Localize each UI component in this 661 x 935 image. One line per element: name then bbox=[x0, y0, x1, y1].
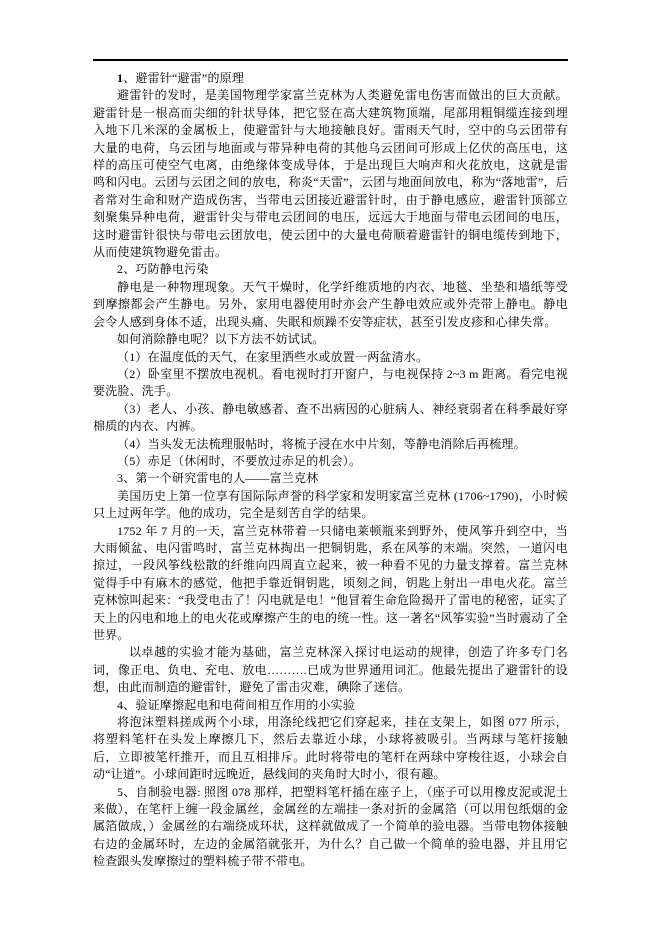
header-rule bbox=[93, 59, 568, 61]
paragraph: 避雷针的发时，是美国物理学家富兰克林为人类避免雷电伤害而做出的巨大贡献。避雷针是… bbox=[93, 87, 568, 261]
paragraph: 将泡沫塑料搓成两个小球，用涤纶线把它们穿起来，挂在支架上，如图 077 所示，将… bbox=[93, 714, 568, 784]
paragraph: 1752 年 7 月的一天，富兰克林带着一只储电莱顿瓶来到野外，使风筝升到空中，… bbox=[93, 523, 568, 645]
paragraph: 以卓越的实验才能为基础，富兰克林深入探讨电运动的规律，创造了许多专门名词，像正电… bbox=[93, 644, 568, 696]
paragraph: （4）当头发无法梳理服帖时，将梳子浸在水中片刻，等静电消除后再梳理。 bbox=[93, 436, 568, 453]
heading-text: 、避雷针“避雷”的原理 bbox=[123, 71, 244, 85]
section-heading: 3、第一个研究雷电的人——富兰克林 bbox=[93, 470, 568, 487]
paragraph: 5、自制验电器: 照图 078 那样，把塑料笔杆插在座子上，（座子可以用橡皮泥或… bbox=[93, 784, 568, 871]
paragraph: 美国历史上第一位享有国际际声誉的科学家和发明家富兰克林 (1706~1790)，… bbox=[93, 488, 568, 523]
paragraph: （3）老人、小孩、静电敏感者、查不出病因的心脏病人、神经衰弱者在科季最好穿棉质的… bbox=[93, 401, 568, 436]
paragraph: （5）赤足（休闲时，不要放过赤足的机会）。 bbox=[93, 453, 568, 470]
section-heading: 4、验证摩擦起电和电荷间相互作用的小实验 bbox=[93, 697, 568, 714]
section-heading: 1、避雷针“避雷”的原理 bbox=[93, 70, 568, 87]
document-body: 1、避雷针“避雷”的原理避雷针的发时，是美国物理学家富兰克林为人类避免雷电伤害而… bbox=[93, 70, 568, 871]
section-heading: 2、巧防静电污染 bbox=[93, 261, 568, 278]
paragraph: 如何消除静电呢？以下方法不妨试试。 bbox=[93, 331, 568, 348]
paragraph: 静电是一种物理现象。天气干燥时，化学纤维质地的内衣、地毯、坐垫和墙纸等受到摩擦都… bbox=[93, 279, 568, 331]
paragraph: （1）在温度低的天气，在家里洒些水或放置一两盆清水。 bbox=[93, 349, 568, 366]
document-page: 1、避雷针“避雷”的原理避雷针的发时，是美国物理学家富兰克林为人类避免雷电伤害而… bbox=[0, 0, 661, 935]
paragraph: （2）卧室里不摆放电视机。看电视时打开窗户，与电视保持 2~3 m 距离。看完电… bbox=[93, 366, 568, 401]
